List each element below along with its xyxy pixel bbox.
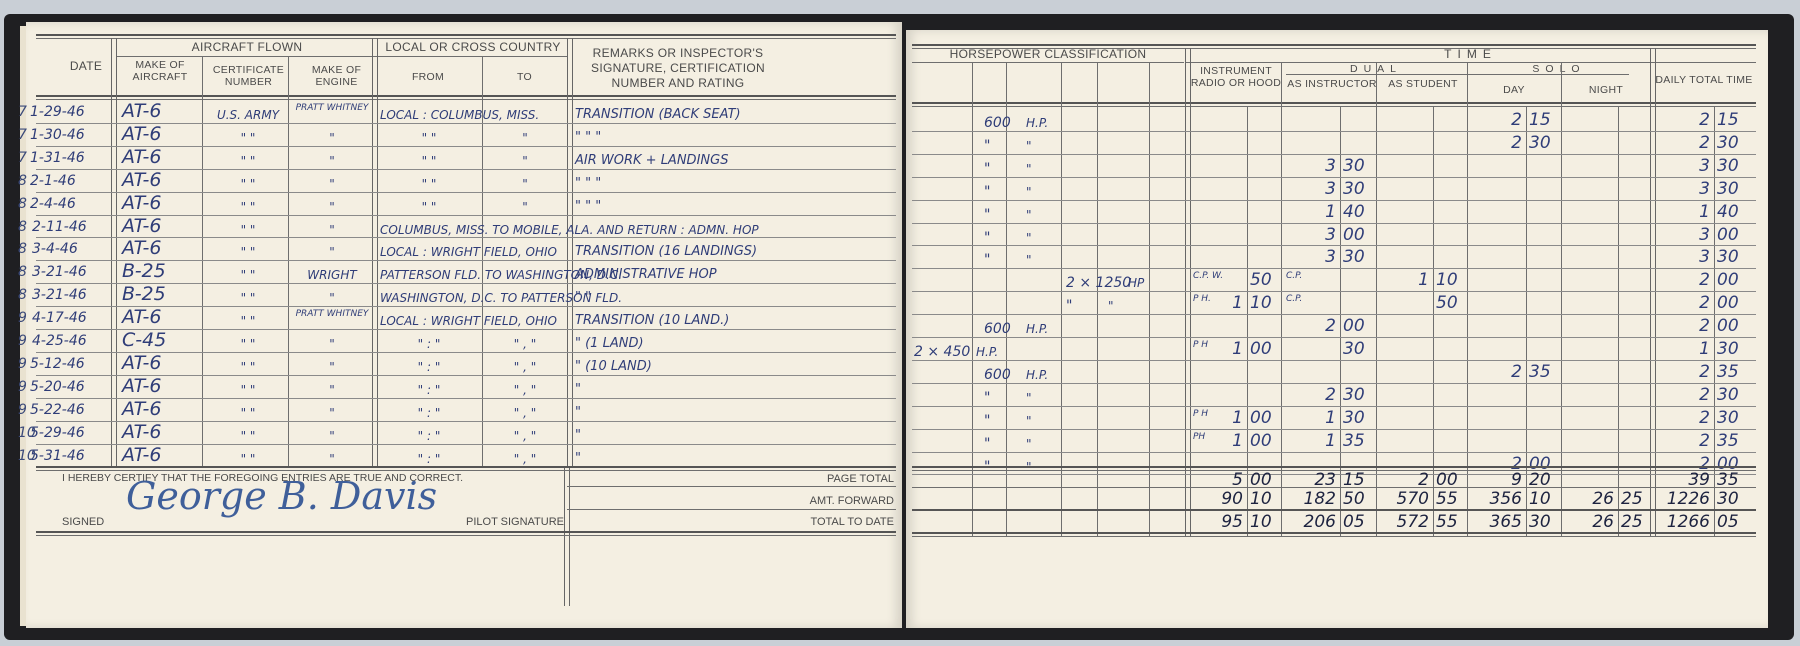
total-hours: 2 bbox=[1654, 362, 1710, 382]
page_total-day-hours: 9 bbox=[1467, 470, 1522, 490]
aircraft-cell: AT-6 bbox=[122, 376, 161, 396]
row-rule bbox=[912, 291, 1756, 292]
aircraft-cell: AT-6 bbox=[122, 170, 161, 190]
engine-cell: PRATT WHITNEY bbox=[292, 103, 372, 113]
page_total-instructor-minutes: 15 bbox=[1343, 470, 1365, 490]
column-rule bbox=[1526, 106, 1527, 536]
certificate-cell: " " bbox=[208, 151, 288, 171]
row-rule bbox=[912, 360, 1756, 361]
aircraft-cell: AT-6 bbox=[122, 124, 161, 144]
column-rule bbox=[1433, 106, 1434, 536]
amt_forward-total-minutes: 30 bbox=[1717, 489, 1739, 509]
amt_forward-student-minutes: 55 bbox=[1436, 489, 1458, 509]
column-rule bbox=[1376, 62, 1377, 536]
hp-unit: " bbox=[1026, 250, 1032, 270]
column-rule bbox=[1561, 62, 1562, 536]
page_total-student-minutes: 00 bbox=[1436, 470, 1458, 490]
day-hours: 2 bbox=[1467, 133, 1522, 153]
to-cell: " bbox=[484, 128, 566, 148]
totals-bottom-rule-2 bbox=[912, 536, 1756, 537]
from-cell: " " bbox=[380, 197, 478, 217]
total-minutes: 30 bbox=[1717, 339, 1739, 359]
date-cell: 4-25-46 bbox=[32, 331, 87, 351]
hp-value: 600 bbox=[984, 365, 1011, 385]
aircraft-cell: AT-6 bbox=[122, 399, 161, 419]
total-hours: 2 bbox=[1654, 431, 1710, 451]
remarks-cell: TRANSITION (BACK SEAT) bbox=[575, 105, 741, 125]
instructor-minutes: 35 bbox=[1343, 431, 1365, 451]
remarks-cell: TRANSITION (16 LANDINGS) bbox=[575, 242, 757, 262]
hp-unit: H.P. bbox=[976, 342, 998, 362]
pilot-signature-label: PILOT SIGNATURE bbox=[466, 516, 564, 528]
student-minutes: 10 bbox=[1436, 270, 1458, 290]
row-rule bbox=[912, 177, 1756, 178]
page_total-instr-hours: 5 bbox=[1185, 470, 1243, 490]
page_total-total-minutes: 35 bbox=[1717, 470, 1739, 490]
to-cell: " , " bbox=[484, 403, 566, 423]
total-minutes: 00 bbox=[1717, 270, 1739, 290]
engine-cell: " bbox=[292, 128, 372, 148]
hp-value: 2 × 450 bbox=[914, 342, 970, 362]
row-rule bbox=[912, 154, 1756, 155]
margin-mark: 8 bbox=[18, 264, 27, 280]
page-total-label: PAGE TOTAL bbox=[706, 473, 894, 485]
top-rule-2 bbox=[36, 38, 896, 39]
from-cell: LOCAL : COLUMBUS, MISS. bbox=[380, 105, 539, 125]
instr-hours: 1 bbox=[1185, 339, 1243, 359]
hp-value: 600 bbox=[984, 319, 1011, 339]
total-hours: 3 bbox=[1654, 247, 1710, 267]
remarks-cell: " " " bbox=[575, 174, 601, 194]
instr-hours: 1 bbox=[1185, 293, 1243, 313]
total-minutes: 35 bbox=[1717, 431, 1739, 451]
total_to_date-instructor-minutes: 05 bbox=[1343, 512, 1365, 532]
remarks-cell: TRANSITION (10 LAND.) bbox=[575, 311, 729, 331]
hp-value: " bbox=[984, 411, 990, 431]
engine-cell: " bbox=[292, 357, 372, 377]
aircraft-cell: AT-6 bbox=[122, 422, 161, 442]
hp-value: " bbox=[984, 136, 990, 156]
header-remarks: REMARKS OR INSPECTOR'S SIGNATURE, CERTIF… bbox=[578, 46, 778, 91]
engine-cell: " bbox=[292, 426, 372, 446]
remarks-cell: AIR WORK + LANDINGS bbox=[575, 151, 728, 171]
row-rule bbox=[912, 245, 1756, 246]
header-date: DATE bbox=[56, 60, 116, 72]
amt_forward-instructor-hours: 182 bbox=[1281, 489, 1336, 509]
day-minutes: 35 bbox=[1529, 362, 1551, 382]
certificate-cell: U.S. ARMY bbox=[208, 105, 288, 125]
instructor-hours: 3 bbox=[1281, 179, 1336, 199]
totals-top-rule bbox=[912, 466, 1756, 468]
group-header-rule bbox=[117, 56, 568, 57]
certificate-cell: " " bbox=[208, 220, 288, 240]
certificate-cell: " " bbox=[208, 242, 288, 262]
col-rule-date bbox=[111, 38, 117, 466]
instr-note: C.P. W. bbox=[1193, 271, 1223, 281]
row-rule bbox=[912, 200, 1756, 201]
total-hours: 3 bbox=[1654, 156, 1710, 176]
total_to_date-instructor-hours: 206 bbox=[1281, 512, 1336, 532]
total-minutes: 00 bbox=[1717, 225, 1739, 245]
instructor-hours: 1 bbox=[1281, 408, 1336, 428]
aircraft-cell: B-25 bbox=[122, 284, 166, 304]
aircraft-cell: AT-6 bbox=[122, 445, 161, 465]
total-minutes: 00 bbox=[1717, 293, 1739, 313]
student-note: C.P. bbox=[1286, 294, 1302, 304]
instructor-hours: 1 bbox=[1281, 202, 1336, 222]
hp-value: 600 bbox=[984, 113, 1011, 133]
header-time: TIME bbox=[1185, 48, 1756, 60]
total-hours: 2 bbox=[1654, 133, 1710, 153]
hp-unit: " bbox=[1026, 205, 1032, 225]
amt-forward-row-rule bbox=[912, 509, 1756, 511]
to-cell: " , " bbox=[484, 426, 566, 446]
day-minutes: 30 bbox=[1529, 133, 1551, 153]
engine-cell: " bbox=[292, 242, 372, 262]
from-cell: " : " bbox=[380, 357, 478, 377]
hp-header-rule bbox=[912, 62, 1184, 63]
aircraft-cell: AT-6 bbox=[122, 193, 161, 213]
certificate-cell: " " bbox=[208, 174, 288, 194]
amt_forward-total-hours: 1226 bbox=[1654, 489, 1710, 509]
footer-bottom-rule-2 bbox=[36, 535, 896, 536]
total_to_date-instr-minutes: 10 bbox=[1250, 512, 1272, 532]
margin-mark: 9 bbox=[18, 333, 27, 349]
instructor-minutes: 30 bbox=[1343, 247, 1365, 267]
signed-label: SIGNED bbox=[62, 516, 104, 528]
date-cell: 5-20-46 bbox=[30, 377, 85, 397]
hp-value: " bbox=[1066, 296, 1072, 316]
row-rule bbox=[912, 223, 1756, 224]
from-cell: LOCAL : WRIGHT FIELD, OHIO bbox=[380, 242, 557, 262]
aircraft-cell: B-25 bbox=[122, 261, 166, 281]
instructor-hours: 1 bbox=[1281, 431, 1336, 451]
total-minutes: 15 bbox=[1717, 110, 1739, 130]
remarks-cell: " (10 LAND) bbox=[575, 357, 652, 377]
margin-mark: 8 bbox=[18, 173, 27, 189]
header-certificate-number: CERTIFICATE NUMBER bbox=[206, 64, 291, 88]
remarks-cell: " bbox=[575, 426, 581, 446]
engine-cell: " bbox=[292, 151, 372, 171]
header-make-of-aircraft: MAKE OF AIRCRAFT bbox=[121, 59, 199, 83]
hp-unit: H.P. bbox=[1026, 113, 1048, 133]
total-to-date-label: TOTAL TO DATE bbox=[706, 516, 894, 528]
certificate-cell: " " bbox=[208, 288, 288, 308]
header-make-of-engine: MAKE OF ENGINE bbox=[294, 64, 379, 88]
row-rule bbox=[912, 268, 1756, 269]
margin-mark: 9 bbox=[18, 402, 27, 418]
from-cell: " " bbox=[380, 151, 478, 171]
aircraft-cell: AT-6 bbox=[122, 307, 161, 327]
column-rule bbox=[1006, 62, 1007, 536]
remarks-cell: " bbox=[575, 380, 581, 400]
page_total-instr-minutes: 00 bbox=[1250, 470, 1272, 490]
left-page: DATE AIRCRAFT FLOWN MAKE OF AIRCRAFT CER… bbox=[26, 22, 902, 628]
column-rule bbox=[1149, 62, 1150, 536]
margin-mark: 8 bbox=[18, 196, 27, 212]
aircraft-cell: AT-6 bbox=[122, 216, 161, 236]
totals-bottom-rule bbox=[912, 532, 1756, 534]
hp-unit: " bbox=[1026, 136, 1032, 156]
hp-value: 2 × 1250 bbox=[1066, 273, 1131, 293]
header-local-or-cross-country: LOCAL OR CROSS COUNTRY bbox=[378, 41, 568, 53]
hp-value: " bbox=[984, 228, 990, 248]
footer-top-rule bbox=[36, 466, 896, 468]
header-aircraft-flown: AIRCRAFT FLOWN bbox=[117, 41, 377, 53]
instructor-hours: 2 bbox=[1281, 385, 1336, 405]
header-bottom-rule bbox=[36, 95, 896, 97]
header-day: DAY bbox=[1468, 84, 1560, 96]
student-minutes: 50 bbox=[1436, 293, 1458, 313]
engine-cell: " bbox=[292, 288, 372, 308]
hp-unit: " bbox=[1026, 388, 1032, 408]
column-rule bbox=[1340, 106, 1341, 536]
engine-cell: " bbox=[292, 334, 372, 354]
amt_forward-instr-hours: 90 bbox=[1185, 489, 1243, 509]
remarks-cell: " (1 LAND) bbox=[575, 334, 644, 354]
row-rule bbox=[912, 452, 1756, 453]
margin-mark: 9 bbox=[18, 379, 27, 395]
hp-value: " bbox=[984, 250, 990, 270]
col-rule-totals bbox=[564, 466, 570, 606]
certificate-cell: " " bbox=[208, 197, 288, 217]
total-minutes: 35 bbox=[1717, 362, 1739, 382]
row-rule bbox=[912, 314, 1756, 315]
total_to_date-instr-hours: 95 bbox=[1185, 512, 1243, 532]
engine-cell: WRIGHT bbox=[292, 265, 372, 285]
total_to_date-night-hours: 26 bbox=[1561, 512, 1614, 532]
instructor-hours: 3 bbox=[1281, 247, 1336, 267]
certificate-cell: " " bbox=[208, 311, 288, 331]
margin-mark: 10 bbox=[18, 448, 36, 464]
total_to_date-day-hours: 365 bbox=[1467, 512, 1522, 532]
total-minutes: 30 bbox=[1717, 247, 1739, 267]
instr-minutes: 00 bbox=[1250, 339, 1272, 359]
instructor-hours: 3 bbox=[1281, 156, 1336, 176]
hp-value: " bbox=[984, 434, 990, 454]
page_total-total-hours: 39 bbox=[1654, 470, 1710, 490]
page_total-day-minutes: 20 bbox=[1529, 470, 1551, 490]
instructor-minutes: 30 bbox=[1343, 408, 1365, 428]
instr-hours: 1 bbox=[1185, 408, 1243, 428]
total_to_date-student-minutes: 55 bbox=[1436, 512, 1458, 532]
date-cell: 1-31-46 bbox=[30, 148, 85, 168]
aircraft-cell: C-45 bbox=[122, 330, 166, 350]
from-cell: LOCAL : WRIGHT FIELD, OHIO bbox=[380, 311, 557, 331]
remarks-cell: " bbox=[575, 403, 581, 423]
day-hours: 2 bbox=[1467, 362, 1522, 382]
date-cell: 5-22-46 bbox=[30, 400, 85, 420]
total_to_date-total-minutes: 05 bbox=[1717, 512, 1739, 532]
to-cell: " bbox=[484, 151, 566, 171]
date-cell: 4-17-46 bbox=[32, 308, 87, 328]
instructor-minutes: 30 bbox=[1343, 339, 1365, 359]
margin-mark: 7 bbox=[18, 127, 27, 143]
aircraft-cell: AT-6 bbox=[122, 101, 161, 121]
header-instrument: INSTRUMENT RADIO OR HOOD bbox=[1188, 65, 1284, 89]
date-cell: 3-21-46 bbox=[32, 262, 87, 282]
instr-minutes: 00 bbox=[1250, 431, 1272, 451]
amt_forward-instr-minutes: 10 bbox=[1250, 489, 1272, 509]
engine-cell: " bbox=[292, 220, 372, 240]
total_to_date-day-minutes: 30 bbox=[1529, 512, 1551, 532]
instructor-hours: 2 bbox=[1281, 316, 1336, 336]
instructor-minutes: 30 bbox=[1343, 385, 1365, 405]
total_to_date-night-minutes: 25 bbox=[1621, 512, 1643, 532]
student-note: C.P. bbox=[1286, 271, 1302, 281]
total-hours: 3 bbox=[1654, 179, 1710, 199]
total-hours: 2 bbox=[1654, 408, 1710, 428]
remarks-cell: ADMINISTRATIVE HOP bbox=[575, 265, 717, 285]
from-cell: " : " bbox=[380, 403, 478, 423]
row-rule bbox=[912, 406, 1756, 407]
row-rule bbox=[912, 429, 1756, 430]
total-minutes: 30 bbox=[1717, 156, 1739, 176]
instr-minutes: 00 bbox=[1250, 408, 1272, 428]
total-hours: 2 bbox=[1654, 270, 1710, 290]
student-hours: 1 bbox=[1376, 270, 1429, 290]
header-bottom-rule-2 bbox=[36, 99, 896, 100]
header-solo: SOLO bbox=[1468, 63, 1650, 75]
engine-cell: " bbox=[292, 380, 372, 400]
date-cell: 5-12-46 bbox=[30, 354, 85, 374]
margin-mark: 8 bbox=[18, 241, 27, 257]
date-cell: 1-29-46 bbox=[30, 102, 85, 122]
instructor-minutes: 00 bbox=[1343, 225, 1365, 245]
col-rule-engine bbox=[372, 38, 378, 466]
date-cell: 5-31-46 bbox=[30, 446, 85, 466]
right-page: HORSEPOWER CLASSIFICATION TIME INSTRUMEN… bbox=[906, 30, 1768, 628]
page-total-rule bbox=[567, 486, 896, 487]
certificate-cell: " " bbox=[208, 334, 288, 354]
date-cell: 2-1-46 bbox=[30, 171, 76, 191]
column-rule bbox=[1281, 62, 1282, 536]
certificate-cell: " " bbox=[208, 426, 288, 446]
amt-forward-rule bbox=[567, 509, 896, 510]
instructor-minutes: 30 bbox=[1343, 179, 1365, 199]
date-cell: 3-21-46 bbox=[32, 285, 87, 305]
date-cell: 2-4-46 bbox=[30, 194, 76, 214]
hp-value: " bbox=[984, 182, 990, 202]
from-cell: " : " bbox=[380, 426, 478, 446]
column-rule bbox=[1247, 106, 1248, 536]
date-cell: 1-30-46 bbox=[30, 125, 85, 145]
remarks-cell: " " bbox=[575, 288, 591, 308]
header-as-instructor: AS INSTRUCTOR bbox=[1286, 78, 1378, 90]
amt_forward-instructor-minutes: 50 bbox=[1343, 489, 1365, 509]
total-minutes: 00 bbox=[1717, 316, 1739, 336]
margin-mark: 7 bbox=[18, 104, 27, 120]
instr-minutes: 10 bbox=[1250, 293, 1272, 313]
margin-mark: 8 bbox=[18, 219, 27, 235]
instructor-minutes: 40 bbox=[1343, 202, 1365, 222]
instr-hours: 1 bbox=[1185, 431, 1243, 451]
certificate-cell: " " bbox=[208, 380, 288, 400]
header-horsepower-classification: HORSEPOWER CLASSIFICATION bbox=[912, 48, 1184, 60]
header-bottom-rule-2 bbox=[912, 106, 1756, 107]
header-from: FROM bbox=[378, 71, 478, 83]
hp-unit: HP bbox=[1128, 273, 1144, 293]
total-minutes: 30 bbox=[1717, 179, 1739, 199]
date-cell: 2-11-46 bbox=[32, 217, 87, 237]
margin-mark: 8 bbox=[18, 287, 27, 303]
engine-cell: PRATT WHITNEY bbox=[292, 309, 372, 319]
from-cell: COLUMBUS, MISS. TO MOBILE, ALA. AND RETU… bbox=[380, 220, 759, 240]
hp-unit: " bbox=[1108, 296, 1114, 316]
total-minutes: 30 bbox=[1717, 408, 1739, 428]
to-cell: " , " bbox=[484, 357, 566, 377]
column-rule bbox=[972, 62, 973, 536]
certificate-cell: " " bbox=[208, 128, 288, 148]
total-minutes: 30 bbox=[1717, 385, 1739, 405]
instr-minutes: 50 bbox=[1250, 270, 1272, 290]
total-hours: 3 bbox=[1654, 225, 1710, 245]
remarks-cell: " " " bbox=[575, 197, 601, 217]
header-night: NIGHT bbox=[1560, 84, 1652, 96]
day-hours: 2 bbox=[1467, 110, 1522, 130]
header-bottom-rule bbox=[912, 102, 1756, 104]
page_total-instructor-hours: 23 bbox=[1281, 470, 1336, 490]
amt_forward-day-hours: 356 bbox=[1467, 489, 1522, 509]
date-cell: 5-29-46 bbox=[30, 423, 85, 443]
top-rule bbox=[36, 34, 896, 36]
header-as-student: AS STUDENT bbox=[1378, 78, 1468, 90]
col-rule-to bbox=[567, 38, 573, 466]
hp-unit: " bbox=[1026, 434, 1032, 454]
hp-value: " bbox=[984, 205, 990, 225]
hp-unit: " bbox=[1026, 411, 1032, 431]
page_total-student-hours: 2 bbox=[1376, 470, 1429, 490]
aircraft-cell: AT-6 bbox=[122, 147, 161, 167]
total-hours: 1 bbox=[1654, 339, 1710, 359]
total-hours: 2 bbox=[1654, 385, 1710, 405]
column-rule bbox=[1097, 62, 1098, 536]
amt_forward-day-minutes: 10 bbox=[1529, 489, 1551, 509]
instructor-minutes: 00 bbox=[1343, 316, 1365, 336]
amt-forward-label: AMT. FORWARD bbox=[706, 495, 894, 507]
to-cell: " , " bbox=[484, 380, 566, 400]
engine-cell: " bbox=[292, 403, 372, 423]
footer-top-rule-2 bbox=[36, 470, 896, 471]
margin-mark: 9 bbox=[18, 310, 27, 326]
column-rule bbox=[1061, 62, 1062, 536]
from-cell: " : " bbox=[380, 380, 478, 400]
from-cell: " " bbox=[380, 128, 478, 148]
total-minutes: 40 bbox=[1717, 202, 1739, 222]
hp-unit: " bbox=[1026, 228, 1032, 248]
engine-cell: " bbox=[292, 174, 372, 194]
amt_forward-night-minutes: 25 bbox=[1621, 489, 1643, 509]
amt_forward-night-hours: 26 bbox=[1561, 489, 1614, 509]
certificate-cell: " " bbox=[208, 265, 288, 285]
date-cell: 3-4-46 bbox=[32, 239, 78, 259]
header-to: TO bbox=[481, 71, 568, 83]
certificate-cell: " " bbox=[208, 357, 288, 377]
pilot-signature: George B. Davis bbox=[126, 474, 437, 518]
hp-value: " bbox=[984, 159, 990, 179]
hp-unit: H.P. bbox=[1026, 319, 1048, 339]
margin-mark: 7 bbox=[18, 150, 27, 166]
amt_forward-student-hours: 570 bbox=[1376, 489, 1429, 509]
column-rule bbox=[1714, 106, 1715, 536]
to-cell: " bbox=[484, 174, 566, 194]
hp-unit: " bbox=[1026, 159, 1032, 179]
total-hours: 2 bbox=[1654, 316, 1710, 336]
aircraft-cell: AT-6 bbox=[122, 353, 161, 373]
total-hours: 2 bbox=[1654, 110, 1710, 130]
instructor-minutes: 30 bbox=[1343, 156, 1365, 176]
header-daily-total: DAILY TOTAL TIME bbox=[1652, 74, 1756, 86]
